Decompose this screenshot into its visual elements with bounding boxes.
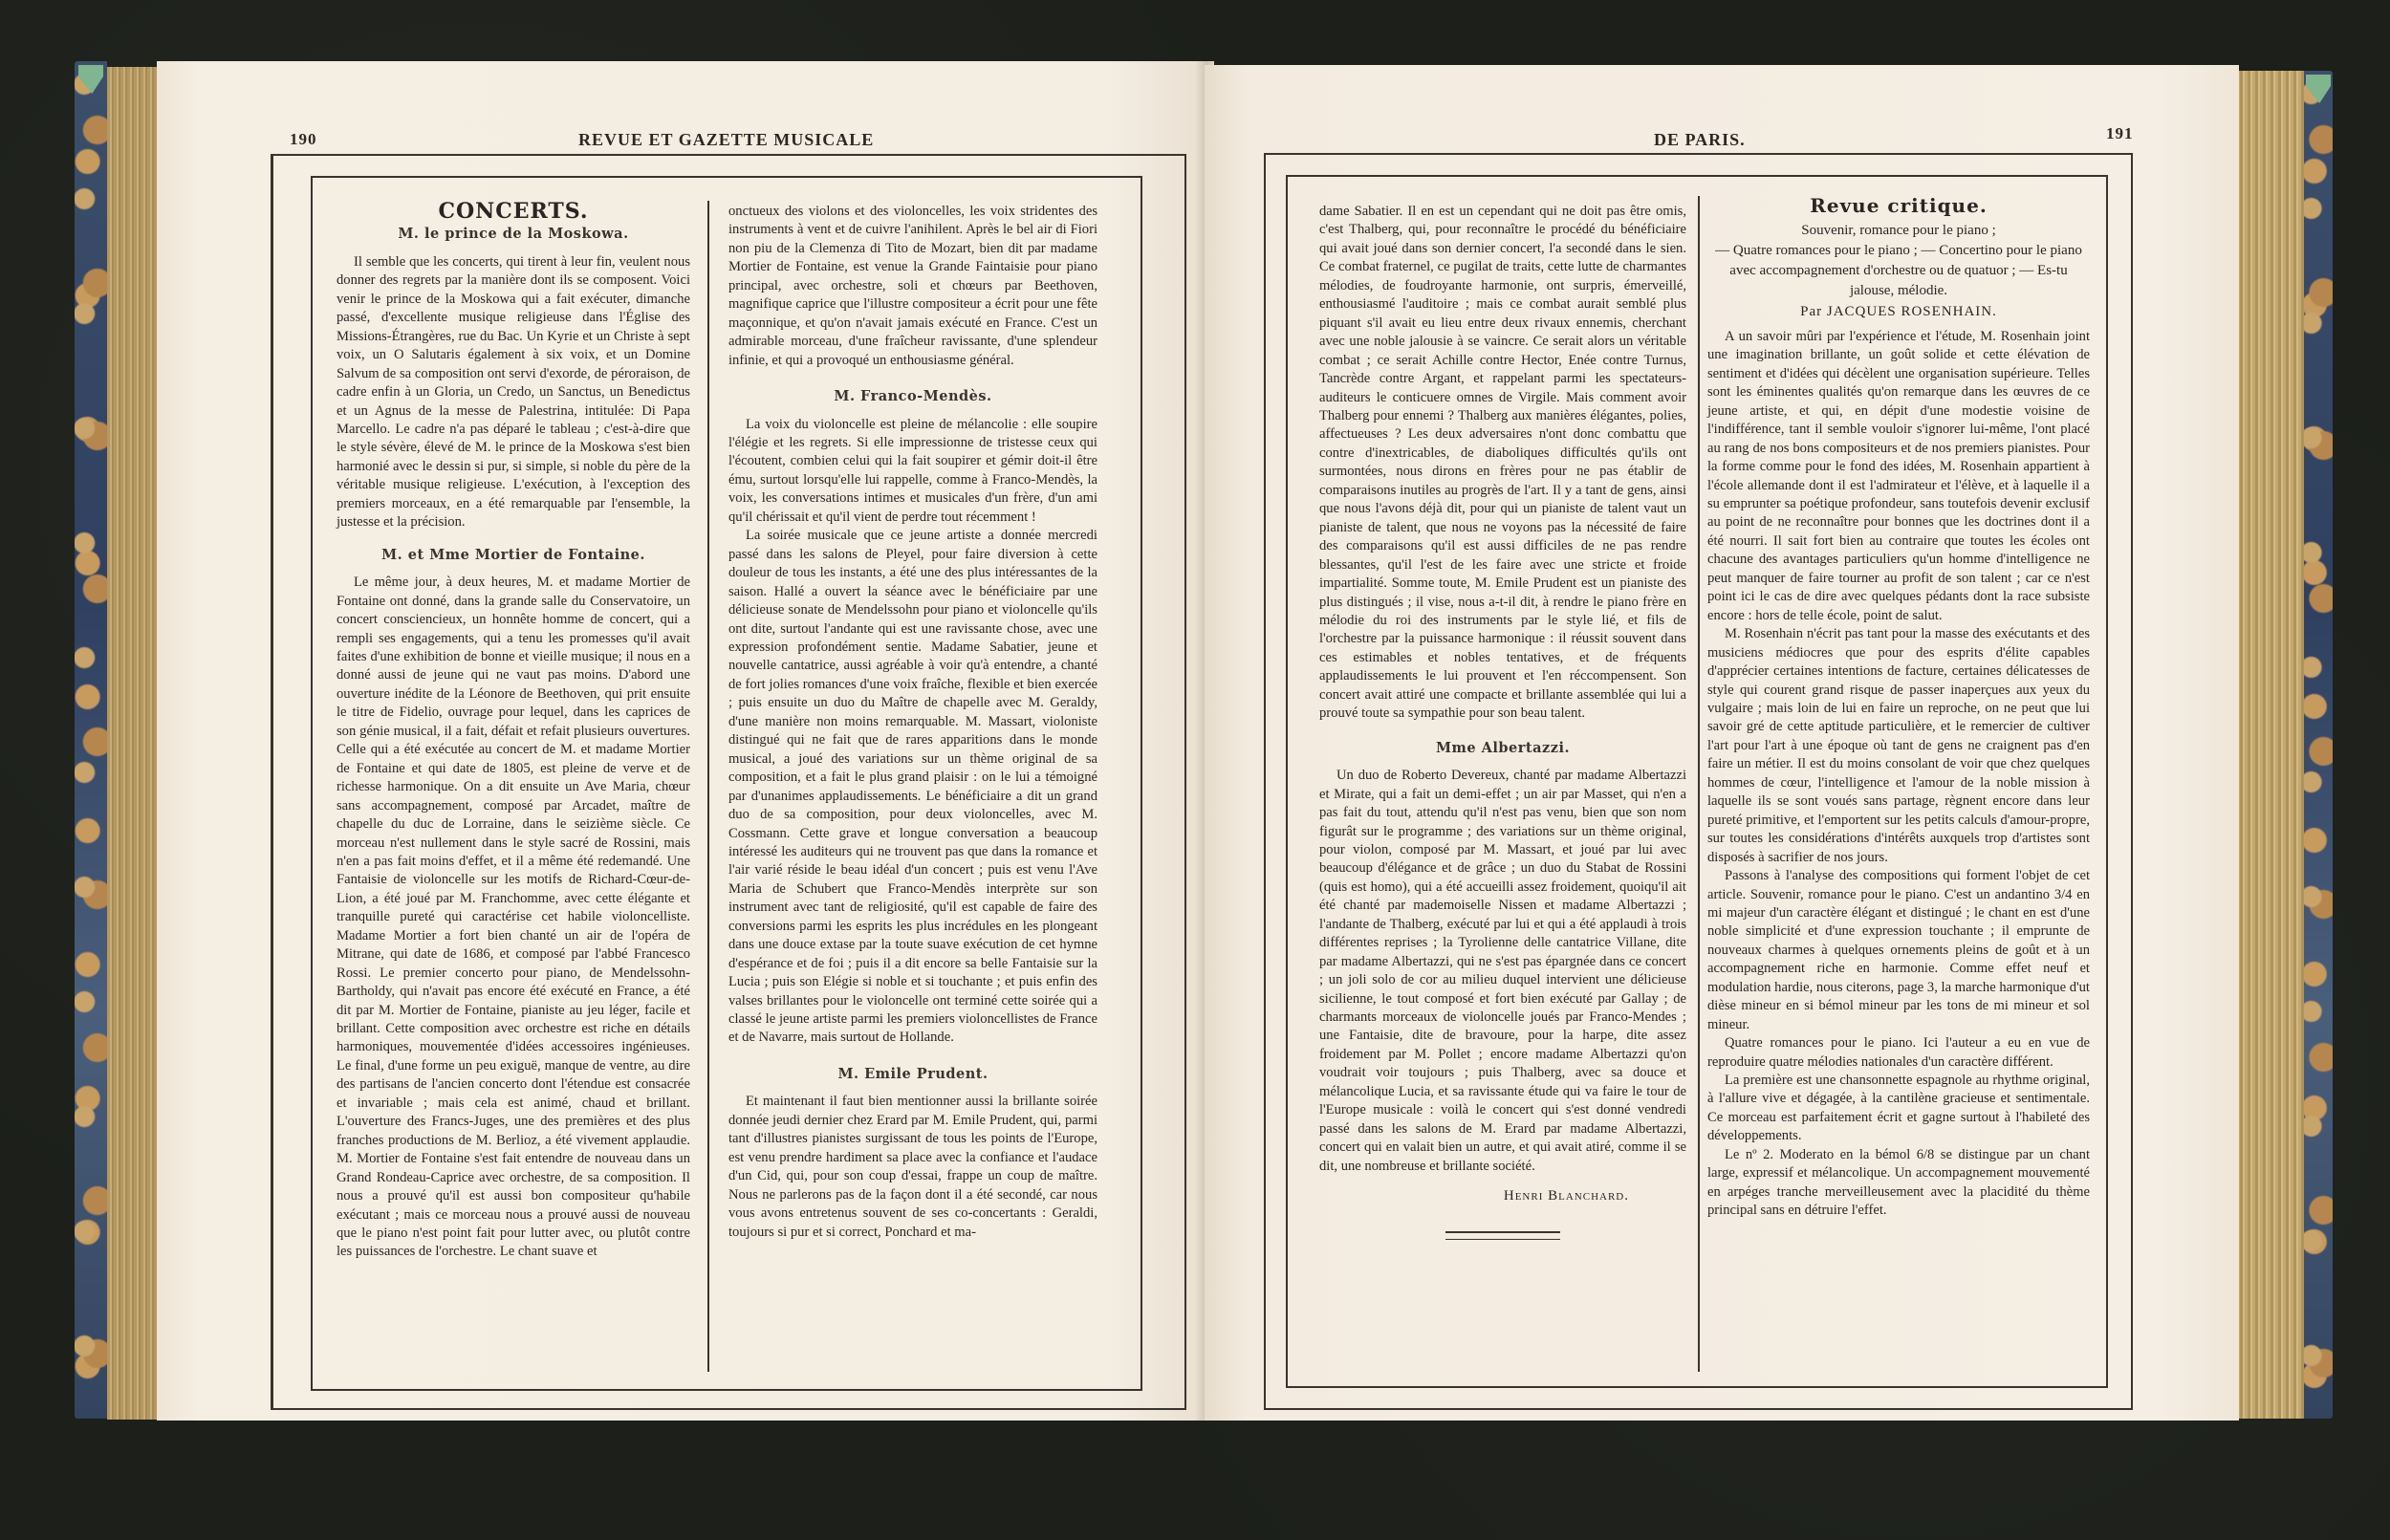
review-byline: Par JACQUES ROSENHAIN.	[1707, 303, 2090, 321]
right-column-1: dame Sabatier. Il en est un cependant qu…	[1319, 203, 1686, 1240]
running-head-left: REVUE ET GAZETTE MUSICALE	[578, 130, 874, 150]
right-page-edges	[2237, 71, 2304, 1419]
article-paragraph: La soirée musicale que ce jeune artiste …	[728, 527, 1097, 1048]
cover-corner-right	[2306, 75, 2331, 103]
review-subtitle-line: — Quatre romances pour le piano ; — Conc…	[1707, 241, 2090, 301]
article-heading: M. Emile Prudent.	[728, 1065, 1097, 1083]
left-column-1: CONCERTS. M. le prince de la Moskowa. Il…	[337, 203, 690, 1262]
review-paragraph: La première est une chansonnette espagno…	[1707, 1072, 2090, 1146]
article-heading: M. le prince de la Moskowa.	[337, 225, 690, 243]
left-column-2: onctueux des violons et des violoncelles…	[728, 203, 1097, 1242]
article-heading: M. et Mme Mortier de Fontaine.	[337, 546, 690, 564]
article-paragraph: dame Sabatier. Il en est un cependant qu…	[1319, 203, 1686, 724]
article-paragraph: Il semble que les concerts, qui tirent à…	[337, 253, 690, 532]
article-paragraph: Et maintenant il faut bien mentionner au…	[728, 1093, 1097, 1242]
end-ornament-rule	[1445, 1231, 1560, 1240]
right-marbled-cover	[2302, 71, 2333, 1419]
review-paragraph: Quatre romances pour le piano. Ici l'aut…	[1707, 1034, 2090, 1072]
right-column-2: Revue critique. Souvenir, romance pour l…	[1707, 197, 2090, 1221]
review-paragraph: Le nº 2. Moderato en la bémol 6/8 se dis…	[1707, 1146, 2090, 1221]
running-head-right: DE PARIS.	[1654, 130, 1746, 150]
right-column-rule	[1698, 196, 1700, 1372]
review-paragraph: Passons à l'analyse des compositions qui…	[1707, 867, 2090, 1034]
article-paragraph: Le même jour, à deux heures, M. et madam…	[337, 574, 690, 1262]
left-marbled-cover	[75, 61, 107, 1419]
article-paragraph: Un duo de Roberto Devereux, chanté par m…	[1319, 767, 1686, 1176]
article-paragraph: La voix du violoncelle est pleine de mél…	[728, 416, 1097, 528]
article-paragraph: onctueux des violons et des violoncelles…	[728, 203, 1097, 370]
review-subtitle-line: Souvenir, romance pour le piano ;	[1707, 221, 2090, 241]
author-signature: Henri Blanchard.	[1319, 1187, 1686, 1205]
left-page-edges	[107, 67, 157, 1420]
page-number-left: 190	[290, 130, 317, 149]
review-paragraph: A un savoir mûri par l'expérience et l'é…	[1707, 328, 2090, 625]
section-title-revue-critique: Revue critique.	[1707, 197, 2090, 215]
cover-corner-left	[78, 65, 103, 94]
left-column-rule	[707, 201, 709, 1372]
article-heading: M. Franco-Mendès.	[728, 387, 1097, 405]
review-paragraph: M. Rosenhain n'écrit pas tant pour la ma…	[1707, 625, 2090, 867]
page-number-right: 191	[2106, 124, 2134, 143]
article-heading: Mme Albertazzi.	[1319, 739, 1686, 757]
section-title-concerts: CONCERTS.	[337, 203, 690, 221]
